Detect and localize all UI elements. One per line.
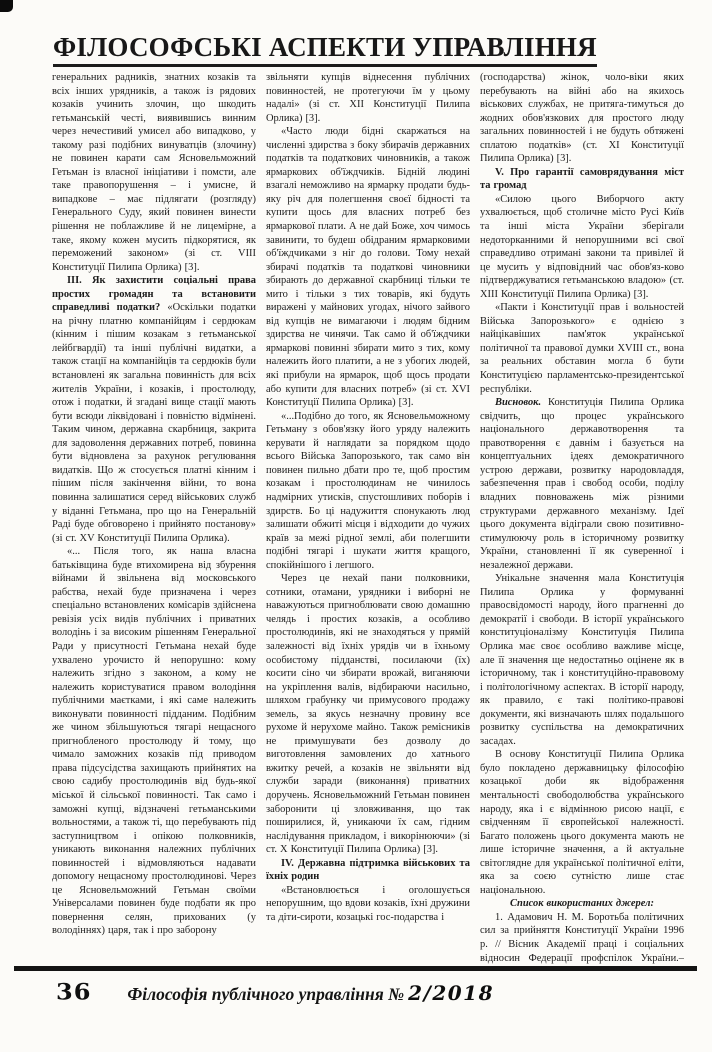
text-run: Унікальне значення мала Конституція Пили… bbox=[480, 573, 684, 747]
text-run: «Силою цього Виборчого акту ухвалюється,… bbox=[480, 194, 684, 300]
text-run: В основу Конституції Пилипа Орлика було … bbox=[480, 749, 684, 895]
issue-number: 2/2018 bbox=[408, 981, 494, 1005]
text-run: «Встановлюється і оголошується непорушни… bbox=[266, 885, 470, 923]
text-run: IV. Державна підтримка військових та їхн… bbox=[266, 858, 470, 883]
paragraph: Список використаних джерел: bbox=[480, 897, 684, 911]
paragraph: «Встановлюється і оголошується непорушни… bbox=[266, 884, 470, 925]
paragraph: «Часто люди бідні скаржаться на численні… bbox=[266, 125, 470, 409]
paragraph: «... Після того, як наша власна батьківщ… bbox=[52, 545, 256, 938]
page-footer: 36 Філософія публічного управління № 2/2… bbox=[56, 977, 682, 1006]
text-run: «Оскільки податки на річну платню компан… bbox=[52, 302, 256, 543]
text-run: Через це нехай пани полковники, сотники,… bbox=[266, 573, 470, 855]
paragraph: «Силою цього Виборчого акту ухвалюється,… bbox=[480, 193, 684, 301]
paragraph: Через це нехай пани полковники, сотники,… bbox=[266, 572, 470, 856]
text-column-1: генеральних радників, знатних козаків та… bbox=[52, 71, 256, 964]
journal-title: Філософія публічного управління № 2/2018 bbox=[127, 981, 494, 1005]
paragraph: звільняти купців віднесення публічних по… bbox=[266, 71, 470, 125]
paragraph: IV. Державна підтримка військових та їхн… bbox=[266, 857, 470, 884]
paragraph: III. Як захистити соціальні права прости… bbox=[52, 274, 256, 545]
page-number: 36 bbox=[56, 978, 91, 1005]
paragraph: «...Подібно до того, як Ясновельможному … bbox=[266, 410, 470, 573]
footer-rule bbox=[14, 966, 697, 971]
paragraph: V. Про гарантії самоврядування міст та г… bbox=[480, 166, 684, 193]
text-run: «...Подібно до того, як Ясновельможному … bbox=[266, 411, 470, 571]
text-run: «... Після того, як наша власна батьківщ… bbox=[52, 546, 256, 936]
text-column-3: (господарства) жінок, чоло-віки яких пер… bbox=[480, 71, 684, 964]
paragraph: Висновок. Конституція Пилипа Орлика свід… bbox=[480, 396, 684, 572]
scan-artifact-corner bbox=[0, 0, 13, 12]
section-title: ФІЛОСОФСЬКІ АСПЕКТИ УПРАВЛІННЯ bbox=[53, 33, 597, 67]
text-run: V. Про гарантії самоврядування міст та г… bbox=[480, 167, 684, 192]
text-run: (господарства) жінок, чоло-віки яких пер… bbox=[480, 72, 684, 164]
paragraph: В основу Конституції Пилипа Орлика було … bbox=[480, 748, 684, 897]
text-run: генеральних радників, знатних козаків та… bbox=[52, 72, 256, 273]
text-run: 1. Адамович Н. М. Боротьба політичних си… bbox=[480, 912, 684, 964]
text-column-2: звільняти купців віднесення публічних по… bbox=[266, 71, 470, 964]
paragraph: (господарства) жінок, чоло-віки яких пер… bbox=[480, 71, 684, 166]
text-run: звільняти купців віднесення публічних по… bbox=[266, 72, 470, 124]
paragraph: 1. Адамович Н. М. Боротьба політичних си… bbox=[480, 911, 684, 964]
article-columns: генеральних радників, знатних козаків та… bbox=[52, 71, 684, 964]
paragraph: генеральних радників, знатних козаків та… bbox=[52, 71, 256, 274]
paragraph: Унікальне значення мала Конституція Пили… bbox=[480, 572, 684, 748]
text-run: Список використаних джерел: bbox=[510, 898, 654, 909]
text-run: «Часто люди бідні скаржаться на численні… bbox=[266, 126, 470, 408]
journal-name: Філософія публічного управління № bbox=[127, 984, 404, 1004]
paragraph: «Пакти і Конституції прав і вольностей В… bbox=[480, 301, 684, 396]
journal-page: ФІЛОСОФСЬКІ АСПЕКТИ УПРАВЛІННЯ генеральн… bbox=[0, 0, 712, 1052]
text-run: «Пакти і Конституції прав і вольностей В… bbox=[480, 302, 684, 394]
text-run: Висновок. bbox=[495, 397, 548, 408]
text-run: Конституція Пилипа Орлика свідчить, що п… bbox=[480, 397, 684, 571]
